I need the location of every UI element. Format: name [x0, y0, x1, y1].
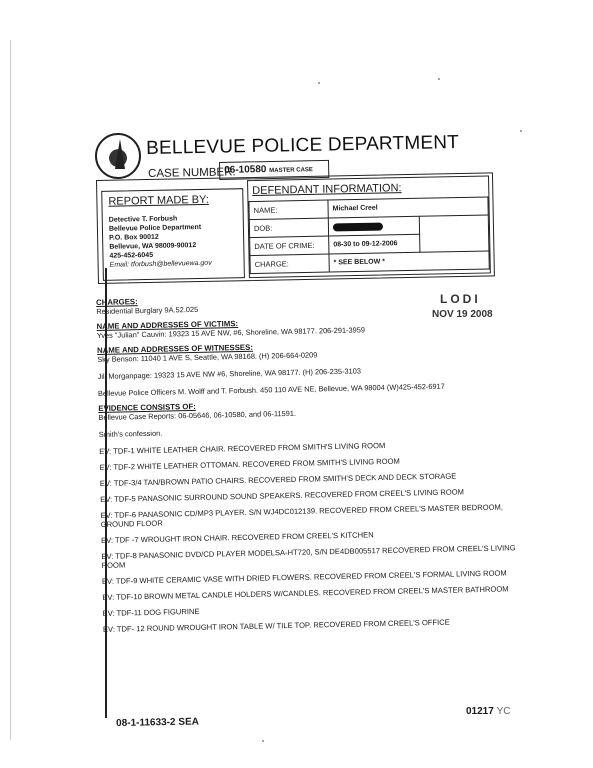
victims-section: NAME AND ADDRESSES OF VICTIMS: Yves "Jul…: [97, 313, 517, 340]
table-row: DOB:: [249, 215, 488, 238]
page-suffix: YC: [497, 706, 511, 717]
witnesses-section: NAME AND ADDRESSES OF WITNESSES: Sky Ben…: [97, 337, 518, 398]
defendant-dob-redacted: [328, 216, 419, 236]
defendant-label: NAME:: [249, 200, 328, 220]
police-report-page: BELLEVUE POLICE DEPARTMENT CASE NUMBER: …: [0, 0, 593, 768]
defendant-label: DATE OF CRIME:: [250, 236, 329, 256]
defendant-label: DOB:: [249, 218, 328, 238]
city-seal-icon: [95, 133, 141, 179]
defendant-info-box: DEFENDANT INFORMATION: NAME: Michael Cre…: [247, 175, 491, 278]
evidence-item: EV: TDF-2 WHITE LEATHER OTTOMAN. RECOVER…: [99, 454, 519, 472]
report-body: CHARGES: Residential Burglary 9A.52.025 …: [96, 289, 523, 641]
table-row: CHARGE: * SEE BELOW *: [250, 251, 489, 274]
evidence-item: EV: TDF-6 PANASONIC CD/MP3 PLAYER. S/N W…: [100, 502, 520, 529]
evidence-item: EV: TDF-3/4 TAN/BROWN PATIO CHAIRS. RECO…: [100, 470, 520, 488]
defendant-charge: * SEE BELOW *: [329, 251, 489, 272]
scan-edge-line: [10, 40, 11, 740]
witness-entry: Bellevue Police Officers M. Wolff and T.…: [98, 380, 518, 398]
court-case-number: 08-1-11633-2 SEA: [116, 717, 199, 729]
empty-cell: [419, 215, 489, 252]
evidence-item: EV: TDF-5 PANASONIC SURROUND SOUND SPEAK…: [100, 486, 520, 504]
charges-section: CHARGES: Residential Burglary 9A.52.025: [96, 289, 516, 316]
evidence-intro: Smith's confession.: [99, 421, 519, 439]
department-title: BELLEVUE POLICE DEPARTMENT: [146, 132, 459, 160]
evidence-item: EV: TDF-1 WHITE LEATHER CHAIR. RECOVERED…: [99, 438, 519, 456]
defendant-table: NAME: Michael Creel DOB: DATE OF CRIME: …: [248, 196, 489, 274]
case-note: MASTER CASE: [269, 167, 313, 174]
case-number: 06-10580: [224, 164, 266, 176]
scan-speck: [262, 740, 264, 742]
report-made-by-heading: REPORT MADE BY:: [108, 193, 242, 208]
info-panel: REPORT MADE BY: Detective T. Forbush Bel…: [96, 172, 495, 284]
seal-tree-icon: [115, 139, 125, 169]
redaction-bar: [333, 222, 383, 231]
evidence-item: EV: TDF-8 PANASONIC DVD/CD PLAYER MODELS…: [101, 543, 521, 570]
defendant-label: CHARGE:: [250, 254, 329, 274]
evidence-item: EV: TDF-9 WHITE CERAMIC VASE WITH DRIED …: [102, 568, 522, 586]
scan-speck: [318, 82, 320, 84]
witness-entry: Jill Morganpage: 19323 15 AVE NW #6, Sho…: [98, 363, 518, 381]
evidence-item: EV: TDF-10 BROWN METAL CANDLE HOLDERS W/…: [102, 584, 522, 602]
defendant-crime-date: 08-30 to 09-12-2006: [329, 234, 420, 254]
scan-speck: [520, 130, 522, 132]
page-number: 01217: [466, 706, 494, 717]
page-stamp-number: 01217 YC: [466, 706, 511, 717]
report-made-by-details: Detective T. Forbush Bellevue Police Dep…: [109, 213, 244, 270]
evidence-item: EV: TDF-11 DOG FIGURINE: [103, 600, 523, 618]
evidence-item: EV: TDF- 12 ROUND WROUGHT IRON TABLE W/ …: [103, 616, 523, 634]
reporter-email: Email: tforbush@bellevuewa.gov: [110, 258, 244, 270]
evidence-item: EV: TDF -7 WROUGHT IRON CHAIR. RECOVERED…: [101, 527, 521, 545]
scan-speck: [438, 78, 440, 80]
evidence-section: EVIDENCE CONSISTS OF: Bellevue Case Repo…: [98, 395, 523, 634]
report-made-by-box: REPORT MADE BY: Detective T. Forbush Bel…: [101, 188, 245, 281]
